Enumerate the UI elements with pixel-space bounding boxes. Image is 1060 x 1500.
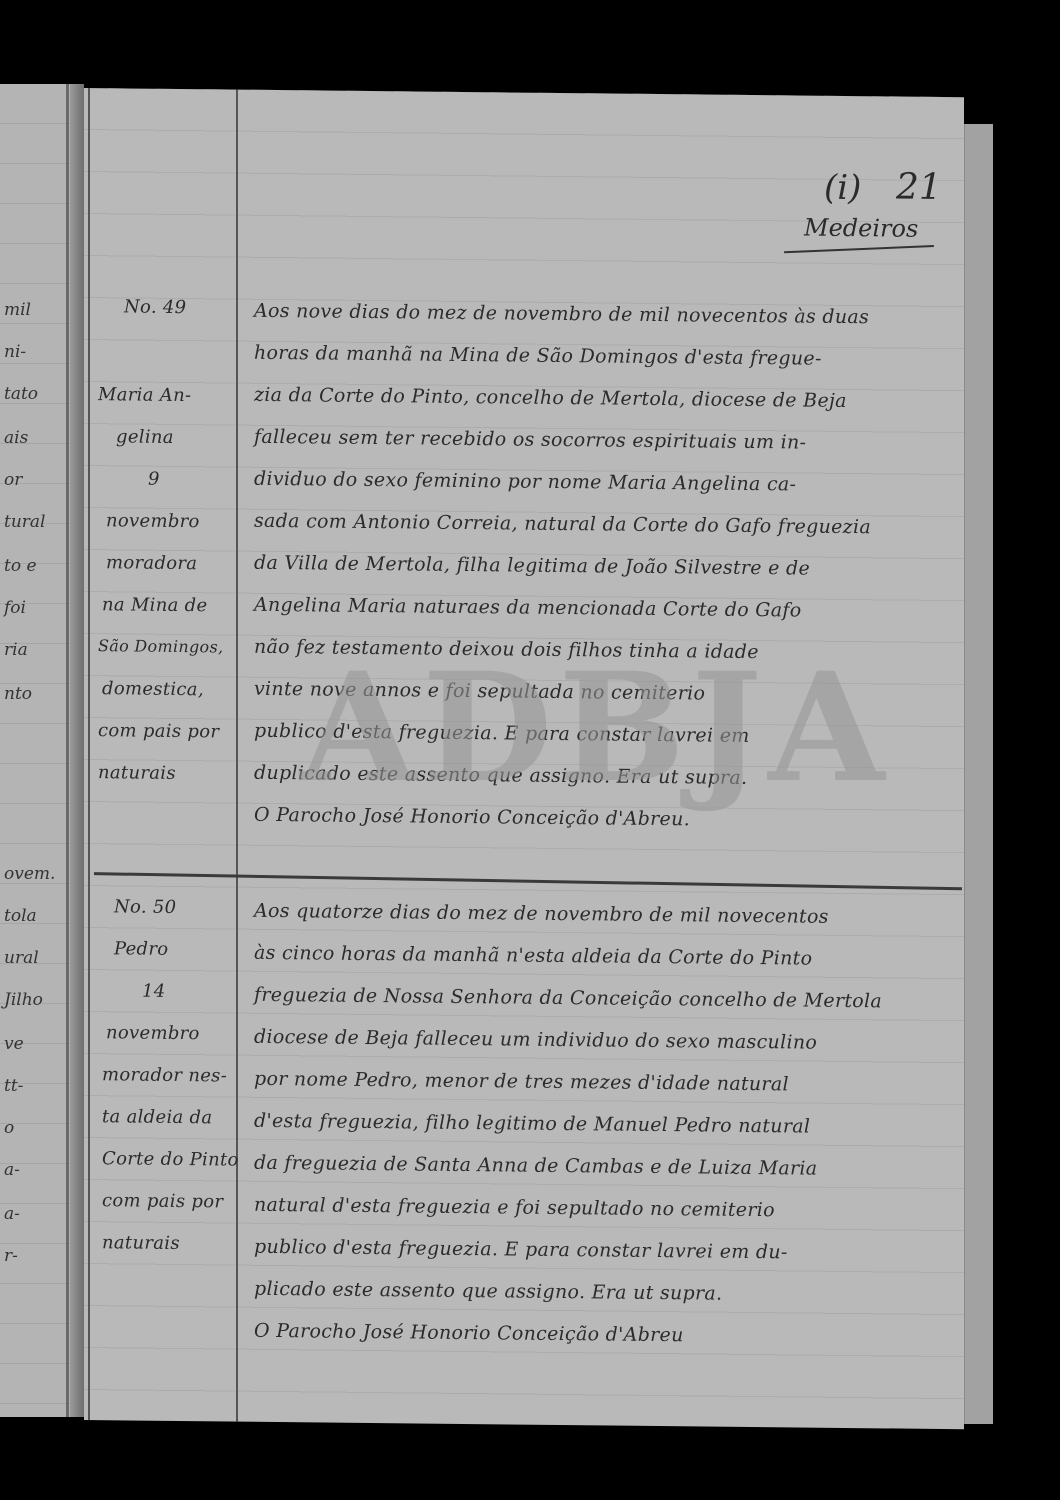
margin-line: naturais	[98, 762, 176, 784]
margin-line: São Domingos,	[98, 636, 223, 656]
fragment: mil	[4, 300, 31, 320]
entry-49-margin: No. 49 Maria An- gelina 9 novembro morad…	[84, 88, 964, 97]
body-line: dividuo do sexo feminino por nome Maria …	[254, 468, 796, 496]
entry-50-margin: No. 50 Pedro 14 novembro morador nes- ta…	[84, 88, 964, 97]
margin-line: Corte do Pinto	[102, 1148, 239, 1170]
fragment: ais	[4, 428, 28, 448]
fragment: ni-	[4, 342, 26, 362]
margin-line: gelina	[116, 426, 174, 448]
margin-line: moradora	[106, 552, 197, 574]
fragment: or	[4, 470, 22, 490]
entry-49-body: Aos nove dias do mez de novembro de mil …	[84, 88, 964, 97]
body-line: diocese de Beja falleceu um individuo do…	[254, 1026, 817, 1054]
margin-line: ta aldeia da	[102, 1106, 212, 1128]
body-line: horas da manhã na Mina de São Domingos d…	[254, 342, 822, 370]
body-line: d'esta freguezia, filho legitimo de Manu…	[254, 1110, 810, 1138]
entry-separator	[94, 872, 962, 890]
margin-line: morador nes-	[102, 1064, 227, 1086]
body-line: Aos quatorze dias do mez de novembro de …	[254, 900, 829, 928]
entry-number: No. 49	[124, 296, 186, 318]
fragment: a-	[4, 1204, 20, 1224]
body-line: Angelina Maria naturaes da mencionada Co…	[254, 594, 802, 622]
book-gutter	[70, 84, 84, 1417]
margin-line: 14	[142, 981, 166, 1002]
fragment: tato	[4, 384, 38, 404]
fragment: tt-	[4, 1076, 23, 1096]
signature-underline	[784, 245, 934, 253]
entry-number: No. 50	[114, 896, 176, 918]
fragment: ural	[4, 948, 39, 968]
fragment: r-	[4, 1246, 18, 1266]
fragment: tural	[4, 512, 45, 532]
priest-signature: O Parocho José Honorio Conceição d'Abreu	[254, 1320, 684, 1346]
body-line: sada com Antonio Correia, natural da Cor…	[254, 510, 871, 538]
margin-line: domestica,	[102, 678, 204, 700]
body-line: da freguezia de Santa Anna de Cambas e d…	[254, 1152, 817, 1180]
margin-line: com pais por	[102, 1190, 223, 1212]
body-line: por nome Pedro, menor de tres mezes d'id…	[254, 1068, 789, 1096]
margin-line: Pedro	[114, 938, 168, 960]
body-line: falleceu sem ter recebido os socorros es…	[254, 426, 806, 454]
page-stack-edge	[964, 124, 993, 1424]
column-rule	[236, 90, 238, 1422]
body-line: plicado este assento que assigno. Era ut…	[254, 1278, 722, 1305]
body-line: às cinco horas da manhã n'esta aldeia da…	[254, 942, 812, 970]
fragment: o	[4, 1118, 14, 1138]
fragment: nto	[4, 684, 32, 704]
fragment: ria	[4, 640, 28, 660]
folio-mark: (i)	[824, 168, 861, 208]
page-number: 21	[896, 167, 942, 208]
body-line: natural d'esta freguezia e foi sepultado…	[254, 1194, 775, 1221]
body-line: freguezia de Nossa Senhora da Conceição …	[254, 984, 882, 1013]
margin-line: na Mina de	[102, 594, 207, 616]
entry-50-body: Aos quatorze dias do mez de novembro de …	[84, 88, 964, 97]
margin-line: com pais por	[98, 720, 219, 742]
left-margin-rule	[88, 88, 90, 1420]
margin-line: naturais	[102, 1232, 180, 1254]
margin-line: novembro	[106, 1022, 200, 1044]
body-line: publico d'esta freguezia. E para constar…	[254, 1236, 788, 1264]
fragment: foi	[4, 598, 26, 618]
fragment: tola	[4, 906, 37, 926]
fragment: ve	[4, 1034, 24, 1054]
margin-line: 9	[148, 469, 160, 490]
fragment: to e	[4, 556, 37, 576]
fragment: Jilho	[4, 990, 43, 1010]
fragment: ovem.	[4, 864, 55, 884]
left-page-rule	[66, 84, 69, 1417]
body-line: zia da Corte do Pinto, concelho de Merto…	[254, 384, 847, 412]
body-line: da Villa de Mertola, filha legitima de J…	[254, 552, 810, 580]
margin-line: Maria An-	[98, 384, 191, 406]
margin-line: novembro	[106, 510, 200, 532]
fragment: a-	[4, 1160, 20, 1180]
archive-watermark: ADBJA	[300, 640, 891, 816]
body-line: Aos nove dias do mez de novembro de mil …	[254, 300, 869, 328]
rubric-signature: Medeiros	[804, 214, 918, 243]
